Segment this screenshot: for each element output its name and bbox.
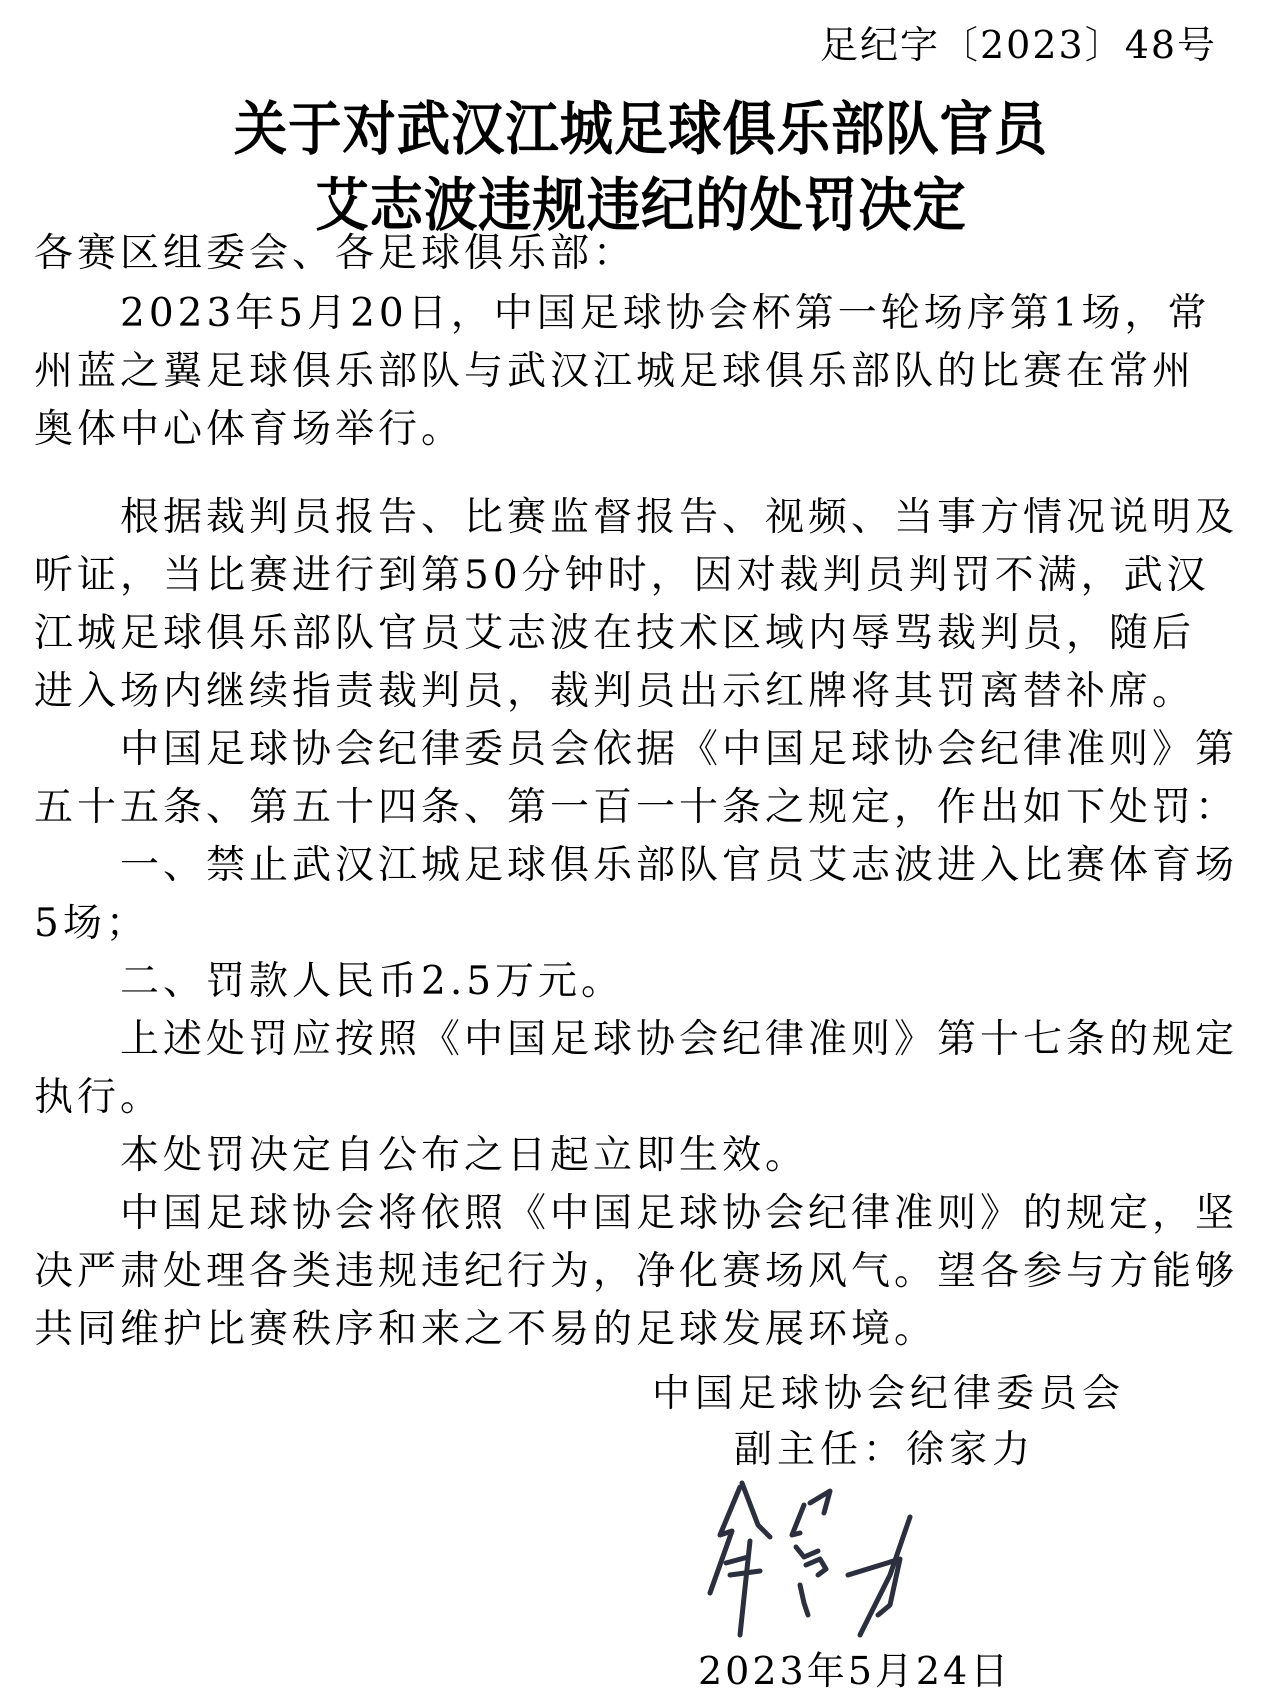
document-number: 足纪字〔2023〕48号 (820, 14, 1217, 69)
body-line: 江城足球俱乐部队官员艾志波在技术区域内辱骂裁判员，随后 (34, 602, 1195, 658)
issue-date: 2023年5月24日 (698, 1640, 1011, 1695)
body-line: 中国足球协会纪律委员会依据《中国足球协会纪律准则》第 (34, 718, 1238, 774)
issuing-organization: 中国足球协会纪律委员会 (652, 1362, 1125, 1417)
body-line: 执行。 (34, 1066, 163, 1122)
penalty-item-1-cont: 5场； (34, 892, 149, 948)
title-line-1: 关于对武汉江城足球俱乐部队官员 (51, 82, 1230, 166)
penalty-item-2: 二、罚款人民币2.5万元。 (34, 950, 624, 1006)
body-line: 听证，当比赛进行到第50分钟时，因对裁判员判罚不满，武汉 (34, 544, 1210, 600)
body-line: 进入场内继续指责裁判员，裁判员出示红牌将其罚离替补席。 (34, 660, 1195, 716)
penalty-item-1: 一、禁止武汉江城足球俱乐部队官员艾志波进入比赛体育场 (34, 834, 1238, 890)
addressee: 各赛区组委会、各足球俱乐部： (34, 222, 636, 278)
body-line: 州蓝之翼足球俱乐部队与武汉江城足球俱乐部队的比赛在常州 (34, 340, 1195, 396)
body-line: 决严肃处理各类违规违纪行为，净化赛场风气。望各参与方能够 (34, 1240, 1238, 1296)
body-line: 共同维护比赛秩序和来之不易的足球发展环境。 (34, 1298, 937, 1354)
signer-title: 副主任：徐家力 (734, 1418, 1035, 1473)
body-line: 上述处罚应按照《中国足球协会纪律准则》第十七条的规定 (34, 1008, 1238, 1064)
body-line: 根据裁判员报告、比赛监督报告、视频、当事方情况说明及 (34, 486, 1238, 542)
body-line: 奥体中心体育场举行。 (34, 398, 464, 454)
body-line: 中国足球协会将依照《中国足球协会纪律准则》的规定，坚 (34, 1182, 1238, 1238)
body-line: 2023年5月20日，中国足球协会杯第一轮场序第1场，常 (34, 282, 1211, 338)
handwritten-signature-icon (700, 1475, 1030, 1645)
body-line: 五十五条、第五十四条、第一百一十条之规定，作出如下处罚： (34, 776, 1238, 832)
effective-notice: 本处罚决定自公布之日起立即生效。 (34, 1124, 808, 1180)
